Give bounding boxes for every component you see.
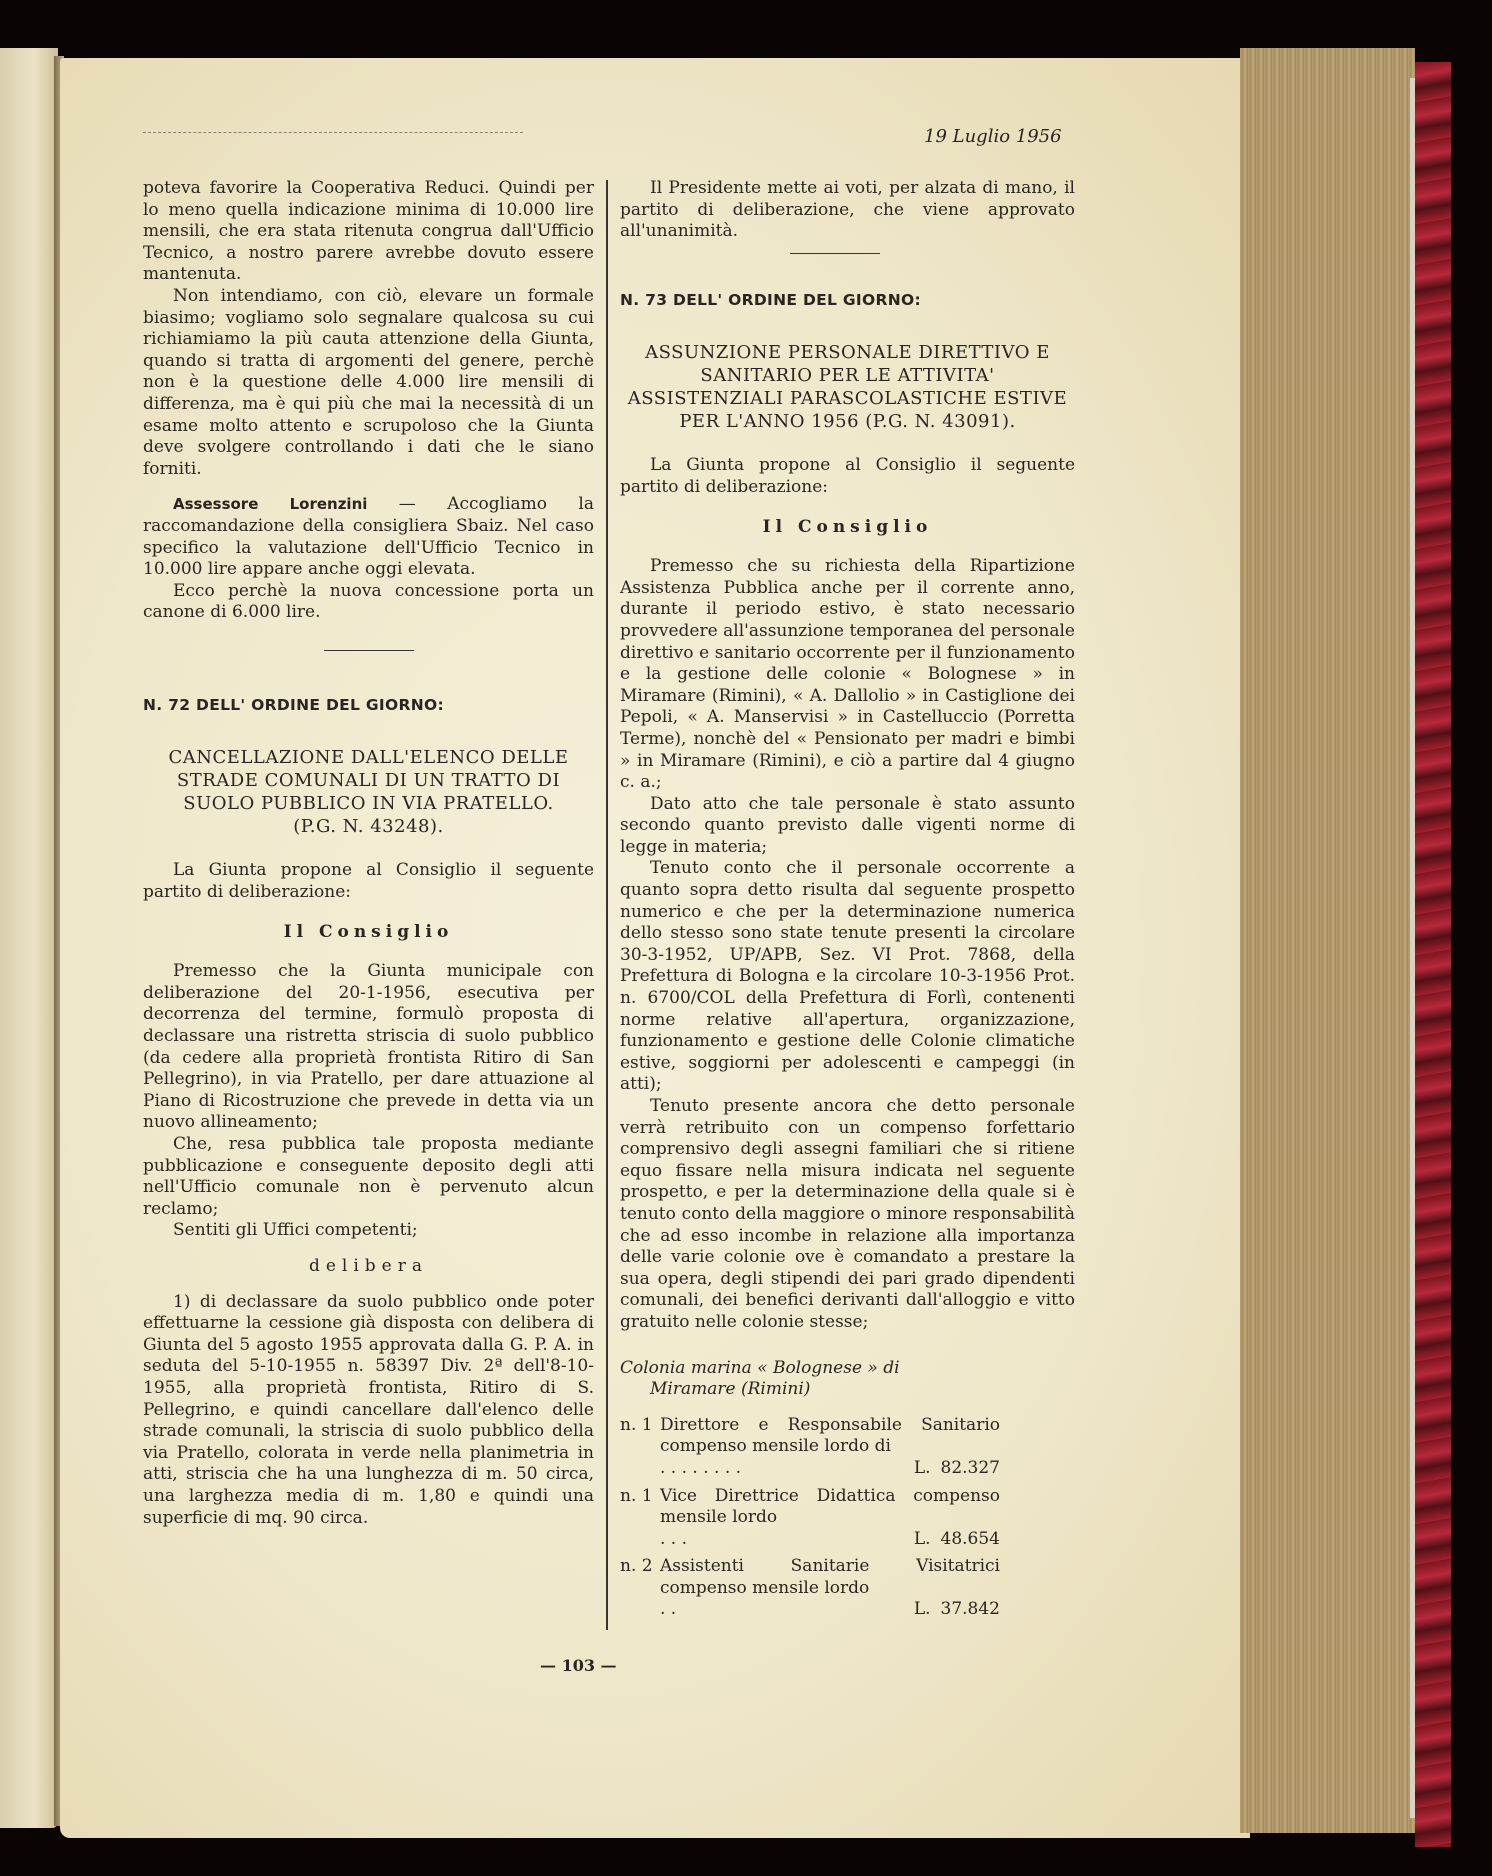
colony-heading: Colonia marina « Bolognese » di Miramare… bbox=[620, 1358, 1075, 1401]
premise: Premesso che la Giunta municipale con de… bbox=[143, 961, 594, 1134]
book-cover-marbled bbox=[1415, 62, 1451, 1847]
paragraph: poteva favorire la Cooperativa Reduci. Q… bbox=[143, 178, 594, 286]
leader-dots: . . . . . . . . bbox=[660, 1458, 741, 1480]
vote-paragraph: Il Presidente mette ai voti, per alzata … bbox=[620, 178, 1075, 243]
staff-amount: 48.654 bbox=[941, 1529, 1000, 1549]
left-column: poteva favorire la Cooperativa Reduci. Q… bbox=[143, 178, 594, 1529]
resolution-paragraph: 1) di declassare da suolo pubblico onde … bbox=[143, 1292, 594, 1530]
currency: L. bbox=[914, 1458, 931, 1478]
leader-dots: . . bbox=[660, 1599, 676, 1621]
colony-heading-line1: Colonia marina « Bolognese » di bbox=[620, 1358, 900, 1378]
staff-row: n. 1 Vice Direttrice Didattica compenso … bbox=[620, 1486, 1000, 1551]
staff-amount: 37.842 bbox=[941, 1599, 1000, 1619]
staff-count: n. 1 bbox=[620, 1486, 660, 1551]
speaker-paragraph: Assessore Lorenzini — Accogliamo la racc… bbox=[143, 494, 594, 580]
premise: Tenuto conto che il personale occorrente… bbox=[620, 858, 1075, 1096]
premise: Che, resa pubblica tale proposta mediant… bbox=[143, 1134, 594, 1220]
staff-amount: 82.327 bbox=[941, 1458, 1000, 1478]
premise: Tenuto presente ancora che detto persona… bbox=[620, 1096, 1075, 1334]
column-divider bbox=[606, 180, 608, 1630]
page-stack-edge bbox=[1240, 48, 1415, 1833]
council-title: Il Consiglio bbox=[143, 922, 594, 944]
subject-title-72: CANCELLAZIONE DALL'ELENCO DELLE STRADE C… bbox=[143, 746, 594, 838]
previous-page-edge bbox=[0, 48, 58, 1828]
premise: Sentiti gli Uffici competenti; bbox=[143, 1220, 594, 1242]
leader-dots: . . . bbox=[660, 1529, 687, 1551]
subject-text: CANCELLAZIONE DALL'ELENCO DELLE STRADE C… bbox=[169, 747, 569, 814]
paragraph: Ecco perchè la nuova concessione porta u… bbox=[143, 581, 594, 624]
speaker-name: Assessore Lorenzini bbox=[173, 495, 367, 513]
agenda-heading-72: N. 72 DELL' ORDINE DEL GIORNO: bbox=[143, 695, 594, 717]
staff-count: n. 2 bbox=[620, 1556, 660, 1621]
currency: L. bbox=[914, 1529, 931, 1549]
section-divider bbox=[790, 253, 880, 254]
page-number: — 103 — bbox=[540, 1656, 617, 1675]
section-divider bbox=[324, 650, 414, 651]
top-faint-rule bbox=[143, 132, 523, 133]
colony-heading-line2: Miramare (Rimini) bbox=[620, 1379, 1075, 1401]
subject-title-73: ASSUNZIONE PERSONALE DIRETTIVO E SANITAR… bbox=[620, 341, 1075, 433]
premise: Premesso che su richiesta della Ripartiz… bbox=[620, 556, 1075, 794]
subject-ref: (P.G. N. 43248). bbox=[293, 816, 443, 837]
paragraph: Non intendiamo, con ciò, elevare un form… bbox=[143, 286, 594, 480]
staff-role: Vice Direttrice Didattica compenso mensi… bbox=[660, 1486, 1000, 1528]
staff-row: n. 2 Assistenti Sanitarie Visitatrici co… bbox=[620, 1556, 1000, 1621]
running-header-date: 19 Luglio 1956 bbox=[924, 126, 1062, 147]
staff-row: n. 1 Direttore e Responsabile Sanitario … bbox=[620, 1415, 1000, 1480]
premise: Dato atto che tale personale è stato ass… bbox=[620, 794, 1075, 859]
proposal-paragraph: La Giunta propone al Consiglio il seguen… bbox=[143, 860, 594, 903]
staff-role: Assistenti Sanitarie Visitatrici compens… bbox=[660, 1556, 1000, 1598]
proposal-paragraph: La Giunta propone al Consiglio il seguen… bbox=[620, 455, 1075, 498]
agenda-heading-73: N. 73 DELL' ORDINE DEL GIORNO: bbox=[620, 290, 1075, 312]
staff-count: n. 1 bbox=[620, 1415, 660, 1480]
currency: L. bbox=[914, 1599, 931, 1619]
right-column: Il Presidente mette ai voti, per alzata … bbox=[620, 178, 1075, 1627]
council-title: Il Consiglio bbox=[620, 517, 1075, 539]
staff-role: Direttore e Responsabile Sanitario compe… bbox=[660, 1415, 1000, 1457]
delibera-title: delibera bbox=[143, 1256, 594, 1278]
